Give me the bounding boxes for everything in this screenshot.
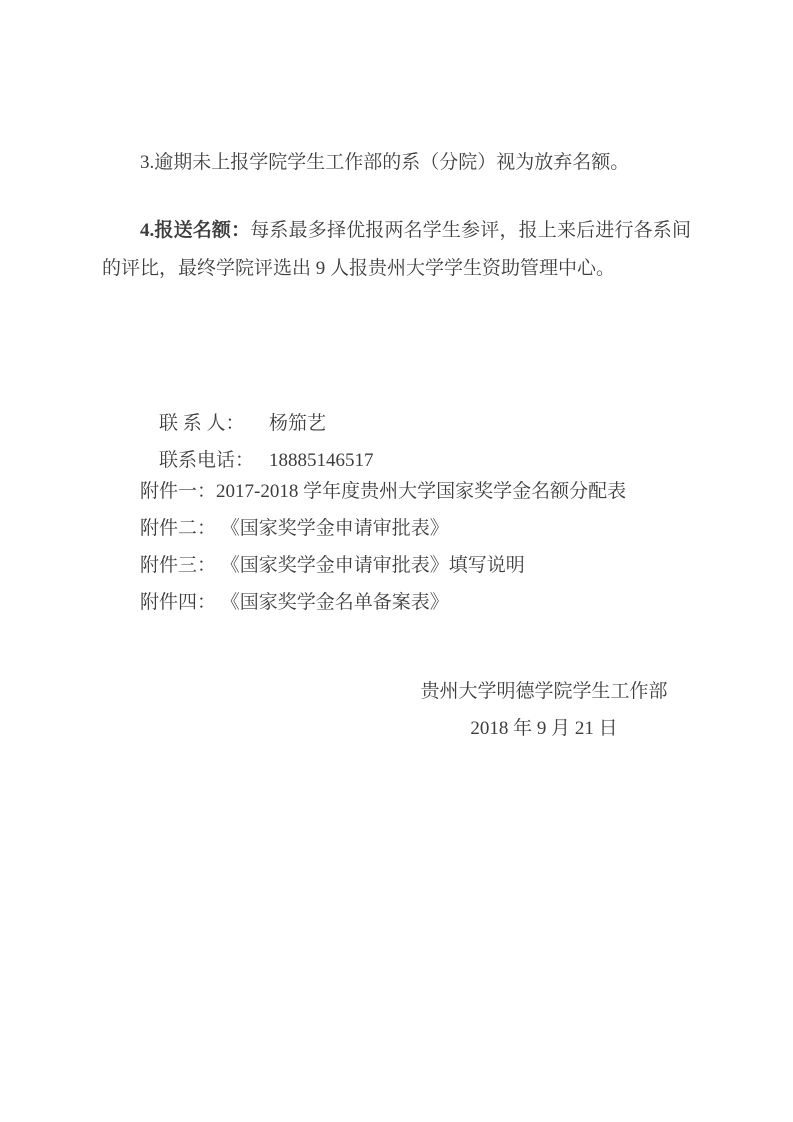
attachment-item-1: 附件一：2017-2018 学年度贵州大学国家奖学金名额分配表 xyxy=(140,473,626,510)
attachment-item-2: 附件二： 《国家奖学金申请审批表》 xyxy=(140,510,449,547)
paragraph-item-3: 3.逾期未上报学院学生工作部的系（分院）视为放弃名额。 xyxy=(102,144,691,182)
signature-date: 2018 年 9 月 21 日 xyxy=(399,710,689,748)
attachment-item-4: 附件四： 《国家奖学金名单备案表》 xyxy=(140,584,449,621)
signature-organization: 贵州大学明德学院学生工作部 xyxy=(399,673,689,711)
contact-phone-number: 18885146517 xyxy=(269,450,374,471)
document-page: 3.逾期未上报学院学生工作部的系（分院）视为放弃名额。 4.报送名额：每系最多择… xyxy=(0,0,793,1122)
item-4-heading: 4.报送名额： xyxy=(140,220,250,241)
paragraph-item-4: 4.报送名额：每系最多择优报两名学生参评，报上来后进行各系间的评比，最终学院评选… xyxy=(102,212,691,288)
attachment-item-3: 附件三： 《国家奖学金申请审批表》填写说明 xyxy=(140,547,525,584)
